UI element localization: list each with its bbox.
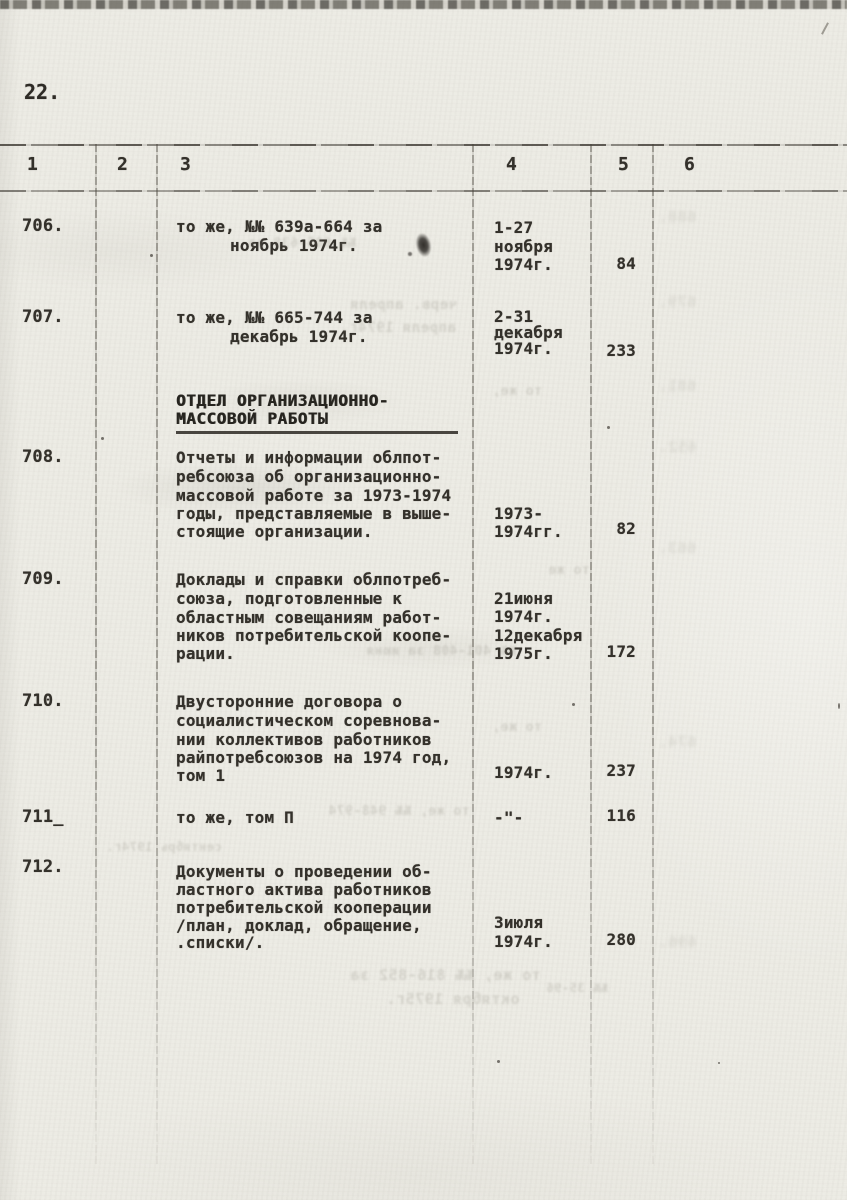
entry-date-line: 1974г. <box>494 339 553 358</box>
entry-date-line: 1973- <box>494 504 543 523</box>
entry-title-line: стоящие организации. <box>176 522 373 541</box>
speck <box>101 437 104 440</box>
entry-date-line: 3июля <box>494 913 543 932</box>
entry-title-line: ников потребительской коопе- <box>176 626 451 645</box>
ghost-number: 688. <box>658 208 696 226</box>
ghost-text: то же, <box>492 720 542 735</box>
ghost-text: №№ 35-96 <box>546 981 608 995</box>
entry-title-line: Отчеты и информации облпот- <box>176 448 442 467</box>
page-number: 22. <box>24 80 60 104</box>
ghost-number: 652. <box>658 438 696 456</box>
speck <box>838 703 840 709</box>
entry-title-line: нии коллективов работников <box>176 730 432 749</box>
entry-sheet-count: 172 <box>578 642 636 661</box>
entry-title-line: .списки/. <box>176 933 265 952</box>
column-header-1: 1 <box>27 155 38 174</box>
ghost-text: черв. апреля <box>350 297 457 313</box>
entry-date-line: 1974г. <box>494 763 553 782</box>
paper-stains <box>0 0 847 1200</box>
entry-number: 707. <box>22 308 64 327</box>
ghost-number: 681. <box>658 377 696 395</box>
entry-date-line: 1974г. <box>494 255 553 274</box>
entry-sheet-count: 280 <box>578 930 636 949</box>
entry-title-line: том 1 <box>176 766 225 785</box>
entry-sheet-count: 84 <box>578 254 636 273</box>
entry-number: 708. <box>22 448 64 467</box>
entry-title-line: то же, том П <box>176 808 294 827</box>
ghost-text: апреля 1974г. <box>340 320 456 336</box>
ghost-text: №№ 401-408 за июня <box>366 644 516 659</box>
speck <box>718 1062 720 1064</box>
table-vline-1 <box>95 144 97 1164</box>
scanned-archive-page: 22. 1 2 3 4 5 6 706. то же, №№ 639а-664 … <box>0 0 847 1200</box>
section-heading-line: МАССОВОЙ РАБОТЫ <box>176 409 458 434</box>
entry-date-line: 21июня <box>494 589 553 608</box>
entry-date-line: 12декабря <box>494 626 583 645</box>
speck <box>150 254 153 257</box>
entry-sheet-count: 233 <box>578 341 636 360</box>
ink-blot <box>414 232 434 259</box>
column-header-3: 3 <box>180 155 191 174</box>
entry-title-line: ластного актива работников <box>176 880 432 899</box>
ghost-text: то же, №№ 948-974 <box>328 804 470 819</box>
entry-title-line: социалистическом соревнова- <box>176 711 442 730</box>
ink-dot <box>408 252 412 256</box>
entry-title-line: Двусторонние договора о <box>176 692 402 711</box>
entry-number: 706. <box>22 217 64 236</box>
table-header-top-line <box>0 144 847 146</box>
column-header-4: 4 <box>506 155 517 174</box>
speck <box>572 703 575 706</box>
entry-number: 710. <box>22 692 64 711</box>
entry-date-line: -"- <box>494 808 524 827</box>
ghost-text: сентябрь 1974г. <box>106 840 222 854</box>
entry-title-line: Доклады и справки облпотреб- <box>176 570 451 589</box>
ghost-text: то же, <box>492 384 542 399</box>
ghost-number: 663. <box>658 539 696 557</box>
entry-date-line: 1974гг. <box>494 522 563 541</box>
corner-artifact <box>821 22 829 34</box>
ghost-text: №№ 605-638 за <box>248 236 356 251</box>
ghost-number: 696. <box>658 933 696 951</box>
entry-title-line: годы, представляемые в выше- <box>176 504 451 523</box>
section-heading-line: ОТДЕЛ ОРГАНИЗАЦИОННО- <box>176 391 389 410</box>
ghost-text: октября 1975г. <box>386 990 519 1008</box>
column-header-5: 5 <box>618 155 629 174</box>
ghost-number: 674. <box>658 733 696 751</box>
entry-number: 709. <box>22 570 64 589</box>
entry-title-line: то же, №№ 639а-664 за <box>176 217 383 236</box>
entry-date-line: 1-27 <box>494 218 533 237</box>
speck <box>497 1060 500 1063</box>
entry-date-line: 1974г. <box>494 932 553 951</box>
entry-sheet-count: 237 <box>578 761 636 780</box>
entry-title-line: союза, подготовленные к <box>176 589 402 608</box>
ghost-number: 679. <box>658 293 696 311</box>
entry-number: 711_ <box>22 808 64 827</box>
column-header-2: 2 <box>117 155 128 174</box>
entry-sheet-count: 82 <box>578 519 636 538</box>
entry-number: 712. <box>22 858 64 877</box>
entry-title-line: областным совещаниям работ- <box>176 608 442 627</box>
entry-title-line: райпотребсоюзов на 1974 год, <box>176 748 451 767</box>
speck <box>607 426 610 429</box>
scan-edge-artifact <box>0 0 847 9</box>
entry-title-line: массовой работе за 1973-1974 <box>176 486 451 505</box>
entry-sheet-count: 116 <box>578 806 636 825</box>
entry-date-line: 1974г. <box>494 607 553 626</box>
entry-title-line: потребительской кооперации <box>176 898 432 917</box>
entry-title-line: Документы о проведении об- <box>176 862 432 881</box>
ghost-text: то же, №№ 816-852 за <box>350 966 541 984</box>
entry-title-line: ребсоюза об организационно- <box>176 467 442 486</box>
ghost-text: то же <box>548 563 590 578</box>
entry-date-line: ноября <box>494 237 553 256</box>
column-header-6: 6 <box>684 155 695 174</box>
entry-title-line: рации. <box>176 644 235 663</box>
table-vline-2 <box>156 144 158 1164</box>
table-header-bottom-line <box>0 190 847 192</box>
table-vline-5 <box>652 144 654 1164</box>
